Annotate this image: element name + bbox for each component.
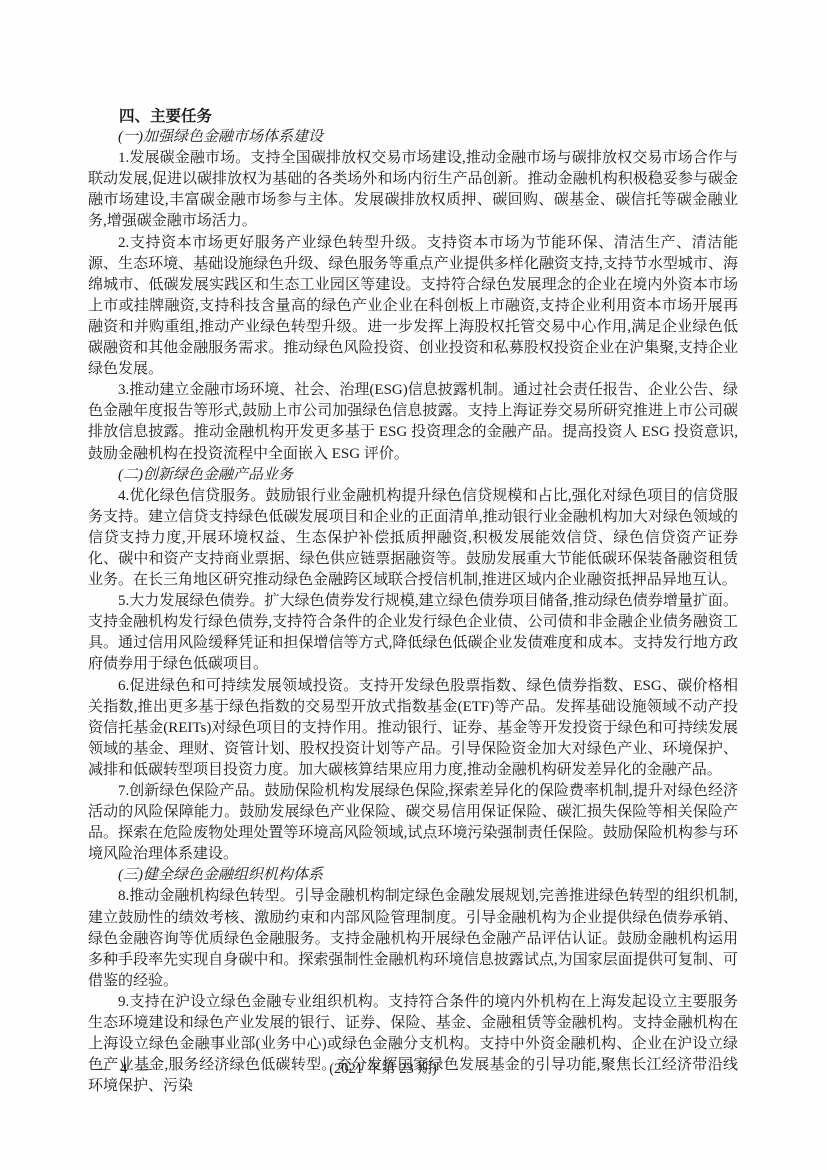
subsection-heading-1: (一)加强绿色金融市场体系建设 bbox=[88, 127, 738, 148]
page-number: — 4 — bbox=[96, 1058, 155, 1080]
page-footer: — 4 — (2021 年第 23 期) bbox=[88, 1058, 738, 1080]
document-page: 四、主要任务 (一)加强绿色金融市场体系建设 1.发展碳金融市场。支持全国碳排放… bbox=[0, 0, 827, 1170]
paragraph-8: 8.推动金融机构绿色转型。引导金融机构制定绿色金融发展规划,完善推进绿色转型的组… bbox=[88, 886, 738, 991]
document-body: 四、主要任务 (一)加强绿色金融市场体系建设 1.发展碳金融市场。支持全国碳排放… bbox=[88, 106, 738, 1097]
subsection-heading-2: (二)创新绿色金融产品业务 bbox=[88, 465, 738, 486]
paragraph-9: 9.支持在沪设立绿色金融专业组织机构。支持符合条件的境内外机构在上海发起设立主要… bbox=[88, 992, 738, 1097]
subsection-heading-3: (三)健全绿色金融组织机构体系 bbox=[88, 865, 738, 886]
paragraph-1: 1.发展碳金融市场。支持全国碳排放权交易市场建设,推动金融市场与碳排放权交易市场… bbox=[88, 148, 738, 232]
paragraph-7: 7.创新绿色保险产品。鼓励保险机构发展绿色保险,探索差异化的保险费率机制,提升对… bbox=[88, 781, 738, 865]
main-section-heading: 四、主要任务 bbox=[88, 106, 738, 127]
paragraph-5: 5.大力发展绿色债券。扩大绿色债券发行规模,建立绿色债券项目储备,推动绿色债券增… bbox=[88, 591, 738, 675]
paragraph-4: 4.优化绿色信贷服务。鼓励银行业金融机构提升绿色信贷规模和占比,强化对绿色项目的… bbox=[88, 486, 738, 591]
paragraph-3: 3.推动建立金融市场环境、社会、治理(ESG)信息披露机制。通过社会责任报告、企… bbox=[88, 380, 738, 464]
paragraph-6: 6.促进绿色和可持续发展领域投资。支持开发绿色股票指数、绿色债券指数、ESG、碳… bbox=[88, 676, 738, 781]
issue-label: (2021 年第 23 期) bbox=[329, 1058, 437, 1080]
paragraph-2: 2.支持资本市场更好服务产业绿色转型升级。支持资本市场为节能环保、清洁生产、清洁… bbox=[88, 233, 738, 381]
